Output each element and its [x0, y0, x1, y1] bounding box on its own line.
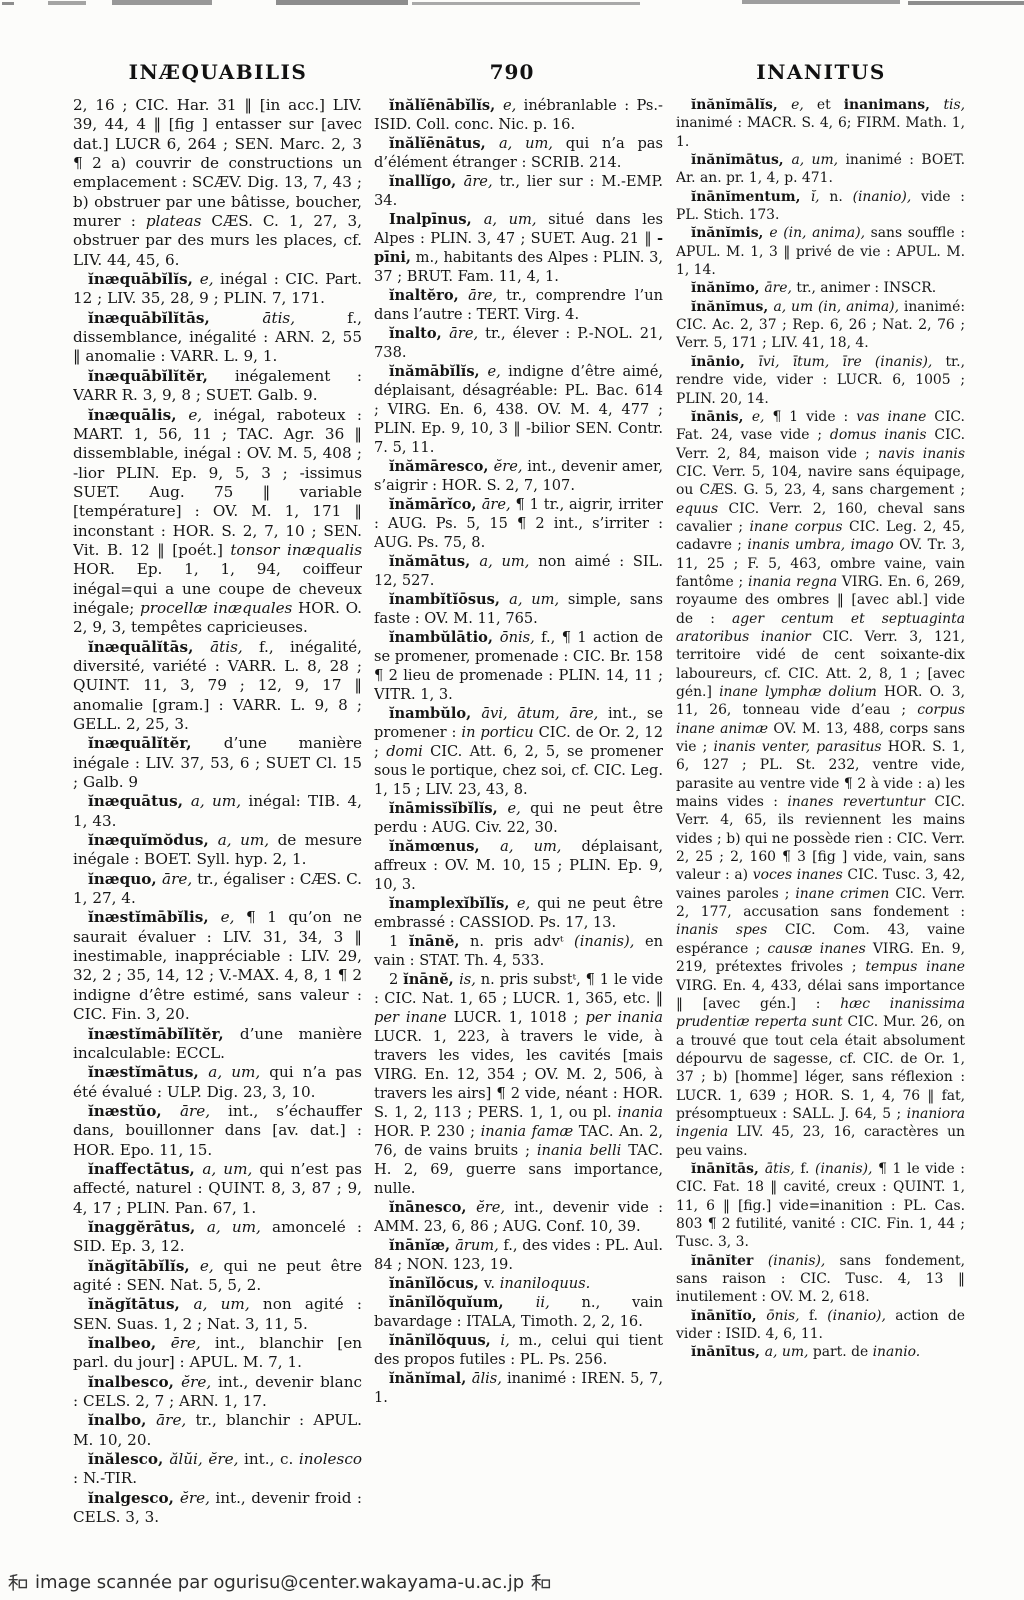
entry-text: m., habitants des Alpes : PLIN. 3, 37 ; … [374, 249, 663, 285]
entry-text: e, [508, 800, 521, 817]
headword: ĭnæstĭmābĭlĭtĕr, [88, 1025, 240, 1043]
entry-text: LUCR. 1, 1018 ; [447, 1009, 586, 1026]
headword: ĭnămāresco, [389, 458, 494, 475]
entry-text: tr., animer : INSCR. [792, 280, 936, 296]
scan-credit-text: image scannée par ogurisu@center.wakayam… [35, 1572, 524, 1593]
headword: ĭnambĭtĭōsus, [389, 591, 509, 608]
dictionary-entry: ĭnămābĭlĭs, e, indigne d’être aimé, dépl… [374, 362, 663, 457]
headword: ĭnānio, [691, 354, 758, 370]
entry-text: a, um, [509, 591, 559, 608]
entry-text: a, um, [202, 1160, 252, 1178]
dictionary-entry: ĭnæstĭmābĭlĭtĕr, d’une manière incalcula… [73, 1025, 362, 1064]
dictionary-entry: ĭnănĭmo, āre, tr., animer : INSCR. [676, 279, 965, 297]
entry-text: īvi, ītum, īre (inanis), [758, 354, 932, 370]
headword: ĭnalgesco, [88, 1489, 180, 1507]
entry-text: inane corpus [749, 519, 842, 535]
entry-text: e (in, anima), [769, 225, 865, 241]
dictionary-entry: ĭnămœnus, a, um, déplaisant, affreux : O… [374, 837, 663, 894]
page-number: 790 [437, 60, 587, 84]
dictionary-entry: ĭnambŭlātio, ōnis, f., ¶ 1 action de se … [374, 628, 663, 704]
entry-text: : N.-TIR. [73, 1469, 137, 1487]
entry-text: v. [484, 1275, 500, 1292]
entry-text: (inanis), [768, 1253, 825, 1269]
entry-text: tempus inane [865, 959, 965, 975]
headword: ĭnānĕ, [403, 971, 459, 988]
entry-text: per inania [586, 1009, 663, 1026]
entry-text: inanis spes [676, 922, 767, 938]
scan-artifact [112, 0, 212, 5]
headword: ĭnæquālĭtĕr, [88, 734, 224, 752]
entry-text: inaniloquus. [500, 1275, 591, 1292]
headword: ĭnæquo, [88, 870, 162, 888]
entry-text: is, [459, 971, 476, 988]
entry-text: inane lymphæ dolium [719, 684, 877, 700]
entry-text: inanio. [873, 1344, 921, 1360]
scan-artifact [48, 1, 86, 5]
dictionary-entry: ĭnălĭēnābĭlĭs, e, inébranlable : Ps.-ISI… [374, 96, 663, 134]
headword: ĭnānĭlŏcus, [389, 1275, 484, 1292]
dictionary-entry: ĭnānesco, ĕre, int., devenir vide : AMM.… [374, 1198, 663, 1236]
headword: ĭnămārĭco, [389, 496, 482, 513]
dictionary-entry: ĭnaltĕro, āre, tr., comprendre l’un dans… [374, 286, 663, 324]
entry-text: ōnis, [500, 629, 535, 646]
dictionary-entry: ĭnāmissĭbĭlĭs, e, qui ne peut être perdu… [374, 799, 663, 837]
headword: ĭnānītus, [691, 1344, 765, 1360]
entry-text: āre, [482, 496, 511, 513]
entry-text: inania regna [748, 574, 837, 590]
headword: ĭnaffectātus, [88, 1160, 202, 1178]
entry-text: e, [188, 406, 202, 424]
entry-text: n. pris advᵗ [459, 933, 574, 950]
entry-text: n. [820, 189, 853, 205]
dictionary-entry: ĭnānītus, a, um, part. de inanio. [676, 1343, 965, 1361]
entry-text: a, um, [500, 838, 561, 855]
dictionary-entry: ĭnalbo, āre, tr., blanchir : APUL. M. 10… [73, 1411, 362, 1450]
headword: ĭnæstŭo, [88, 1102, 180, 1120]
headword: ĭnānĭmentum, [691, 189, 811, 205]
entry-text: a, um, [484, 211, 537, 228]
dictionary-entry: Inalpīnus, a, um, situé dans les Alpes :… [374, 210, 663, 286]
entry-text: e, [221, 908, 235, 926]
entry-text: e, [503, 97, 516, 114]
headword: ĭnănĭmālĭs, [691, 97, 791, 113]
headword: ĭnānesco, [389, 1199, 476, 1216]
entry-text: et [804, 97, 844, 113]
dictionary-entry: ĭnămāresco, ĕre, int., devenir amer, s’a… [374, 457, 663, 495]
headword: ĭnănĭmus, [691, 299, 773, 315]
dictionary-entry: ĭnānĭæ, ārum, f., des vides : PL. Aul. 8… [374, 1236, 663, 1274]
dictionary-entry: ĭnănĭmālĭs, e, et inanimans, tis, inanim… [676, 96, 965, 151]
headword: ĭnalbo, [88, 1411, 156, 1429]
dictionary-entry: ĭnalbesco, ĕre, int., devenir blanc : CE… [73, 1373, 362, 1412]
headword: ĭnalbesco, [88, 1373, 181, 1391]
column-2: ĭnălĭēnābĭlĭs, e, inébranlable : Ps.-ISI… [374, 96, 663, 1552]
headword: ĭnānĭtĭo, [691, 1308, 766, 1324]
entry-text: āre, [162, 870, 192, 888]
headword: ĭnambŭlātio, [389, 629, 500, 646]
entry-text: ii, [536, 1294, 550, 1311]
headword: ĭnallĭgo, [389, 173, 464, 190]
entry-text: vas inane [856, 409, 926, 425]
headword: ĭnănĭmal, [389, 1370, 472, 1387]
entry-text: procellæ inæquales [140, 599, 292, 617]
dictionary-entry: ĭnalto, āre, tr., élever : P.-NOL. 21, 7… [374, 324, 663, 362]
entry-text: inanis venter, parasitus [713, 739, 881, 755]
headword: ĭnæquābĭlĭs, [88, 270, 200, 288]
dictionary-entry: ĭnæquābĭlĭtās, ātis, f., dissemblance, i… [73, 309, 362, 367]
entry-text: ĕre, [476, 1199, 505, 1216]
entry-text: āre, [156, 1411, 186, 1429]
headword: ĭnæquābĭlĭtās, [88, 309, 262, 327]
dictionary-entry: ĭnambŭlo, āvi, ātum, āre, int., se prome… [374, 704, 663, 799]
entry-text: domi [386, 743, 423, 760]
entry-text: tonsor inæqualis [230, 541, 362, 559]
dictionary-entry: ĭnăgĭtābĭlĭs, e, qui ne peut être agité … [73, 1257, 362, 1296]
entry-text: voces inanes [753, 867, 843, 883]
headword: ĭnæquātus, [88, 792, 191, 810]
headword: ĭnānĭter [691, 1253, 768, 1269]
scan-artifact [276, 0, 408, 5]
scan-artifact [412, 2, 640, 5]
entry-text: āre, [449, 325, 478, 342]
entry-text: e, [791, 97, 804, 113]
scan-artifact [2, 2, 14, 5]
dictionary-entry: ĭnæstŭo, āre, int., s’échauffer dans, bo… [73, 1102, 362, 1160]
entry-text: inanis umbra, imago [747, 537, 893, 553]
headword: ĭnalto, [389, 325, 449, 342]
dictionary-entry: ĭnānĭter (inanis), sans fondement, sans … [676, 1252, 965, 1307]
entry-text: inanes revertuntur [787, 794, 925, 810]
dictionary-entry: ĭnæstĭmābĭlis, e, ¶ 1 qu’on ne saurait é… [73, 908, 362, 1024]
entry-text: e, [752, 409, 765, 425]
dictionary-entry: ĭnānio, īvi, ītum, īre (inanis), tr., re… [676, 353, 965, 408]
headword: ĭnānĭtās, [691, 1161, 765, 1177]
entry-text: ¶ 1 vide : [764, 409, 856, 425]
entry-text: inégal, raboteux : MART. 1, 56, 11 ; TAC… [73, 406, 362, 559]
running-head-left: INÆQUABILIS [73, 60, 363, 84]
dictionary-entry: ĭnălĭēnātus, a, um, qui n’a pas d’élémen… [374, 134, 663, 172]
headword: ĭnambŭlo, [389, 705, 481, 722]
entry-text: a, um, [218, 831, 269, 849]
entry-text: per inane [374, 1009, 447, 1026]
entry-text: ălŭi, ĕre, [169, 1450, 238, 1468]
scan-artifact [908, 1, 1024, 5]
dictionary-entry: ĭnānĭlŏquĭum, ii, n., vain bavardage : I… [374, 1293, 663, 1331]
dictionary-entry: ĭnămātus, a, um, non aimé : SIL. 12, 527… [374, 552, 663, 590]
entry-text: e, [487, 363, 500, 380]
dictionary-entry: ĭnæquo, āre, tr., égaliser : CÆS. C. 1, … [73, 870, 362, 909]
headword: ĭnănĭmis, [691, 225, 769, 241]
dictionary-entry: ĭnæquĭmŏdus, a, um, de mesure inégale : … [73, 831, 362, 870]
headword: Inalpīnus, [389, 211, 484, 228]
dictionary-entry: ĭnānĭtās, ātis, f. (inanis), ¶ 1 le vide… [676, 1160, 965, 1252]
headword: ĭnānĭæ, [389, 1237, 455, 1254]
entry-text: CIC. Verr. 5, 104, navire sans équipage,… [676, 464, 965, 498]
headword: ĭnămābĭlĭs, [389, 363, 487, 380]
dictionary-entry: ĭnămārĭco, āre, ¶ 1 tr., aigrir, irriter… [374, 495, 663, 552]
dictionary-page-scan: INÆQUABILIS 790 INANITUS 2, 16 ; CIC. Ha… [0, 0, 1024, 1600]
headword: ĭnănĭmo, [691, 280, 764, 296]
entry-text: (inanio), [853, 189, 912, 205]
entry-text: part. de [808, 1344, 872, 1360]
scan-artifact [742, 0, 900, 4]
dictionary-entry: ĭnæquābĭlĭtĕr, inégalement : VARR R. 3, … [73, 367, 362, 406]
entry-text: a, um (in, anima), [773, 299, 899, 315]
entry-text: a, um, [208, 1063, 260, 1081]
entry-text: a, um, [499, 135, 553, 152]
entry-text: ĭ, [811, 189, 820, 205]
dictionary-entry: ĭnănĭmal, ālis, inanimé : IREN. 5, 7, 1. [374, 1369, 663, 1407]
dictionary-entry: 1 ĭnānĕ, n. pris advᵗ (inanis), en vain … [374, 932, 663, 970]
entry-text: inania famæ [481, 1123, 574, 1140]
headword: ĭnamplexĭbĭlĭs, [389, 895, 517, 912]
entry-text: e, [517, 895, 530, 912]
dictionary-entry: ĭnæquālis, e, inégal, raboteux : MART. 1… [73, 406, 362, 638]
entry-text: inolesco [299, 1450, 362, 1468]
dictionary-entry: ĭnæstĭmātus, a, um, qui n’a pas été éval… [73, 1063, 362, 1102]
entry-continuation: 2, 16 ; CIC. Har. 31 ‖ [in acc.] LIV. 39… [73, 96, 362, 270]
entry-text: ēre, [171, 1334, 201, 1352]
headword: ĭnānĭlŏquus, [389, 1332, 500, 1349]
entry-text: a, um, [791, 152, 838, 168]
entry-text: navis inanis [878, 446, 965, 462]
entry-text: āvi, ātum, āre, [481, 705, 598, 722]
scan-credit: image scannée par ogurisu@center.wakayam… [8, 1572, 551, 1593]
entry-text: 1 [389, 933, 409, 950]
entry-text: ātis, [262, 309, 295, 327]
entry-text: ĕre, [180, 1489, 210, 1507]
entry-text: āre, [468, 287, 497, 304]
headword: ĭnaggĕrātus, [88, 1218, 207, 1236]
headword: ĭnānĭlŏquĭum, [389, 1294, 536, 1311]
dictionary-entry: ĭnăgĭtātus, a, um, non agité : SEN. Suas… [73, 1295, 362, 1334]
entry-text: f. [795, 1161, 815, 1177]
headword: ĭnăgĭtābĭlĭs, [88, 1257, 200, 1275]
entry-text: 2 [389, 971, 403, 988]
entry-text: (inanio), [827, 1308, 886, 1324]
entry-text: e, [200, 270, 214, 288]
entry-text: (inanis), [815, 1161, 872, 1177]
headword: ĭnalbeo, [88, 1334, 171, 1352]
dictionary-entry: ĭnambĭtĭōsus, a, um, simple, sans faste … [374, 590, 663, 628]
headword: ĭnæstĭmābĭlis, [88, 908, 221, 926]
entry-text: inania [617, 1104, 663, 1121]
entry-text: ōnis, [766, 1308, 799, 1324]
entry-text: āre, [764, 280, 792, 296]
entry-text: e, [200, 1257, 214, 1275]
headword: ĭnānĕ, [409, 933, 460, 950]
headword: ĭnăgĭtātus, [88, 1295, 194, 1313]
headword: ĭnănĭmātus, [691, 152, 791, 168]
headword: ĭnălesco, [88, 1450, 169, 1468]
entry-text: causæ inanes [767, 941, 865, 957]
headword: ĭnæstĭmātus, [88, 1063, 208, 1081]
dictionary-entry: ĭnălesco, ălŭi, ĕre, int., c. inolesco :… [73, 1450, 362, 1489]
entry-text: (inanis), [574, 933, 634, 950]
entry-text: āre, [180, 1102, 210, 1120]
dictionary-entry: ĭnānĭmentum, ĭ, n. (inanio), vide : PL. … [676, 188, 965, 225]
dictionary-entry: ĭnalbeo, ēre, int., blanchir [en parl. d… [73, 1334, 362, 1373]
entry-text: ĕre, [494, 458, 523, 475]
dictionary-entry: ĭnānĭlŏcus, v. inaniloquus. [374, 1274, 663, 1293]
entry-text: a, um, [194, 1295, 250, 1313]
entry-text: HOR. P. 230 ; [374, 1123, 481, 1140]
headword: ĭnānis, [691, 409, 752, 425]
entry-text: a, um, [765, 1344, 809, 1360]
entry-text: a, um, [191, 792, 241, 810]
entry-text: in porticu [461, 724, 533, 741]
entry-text: ātis, [210, 638, 243, 656]
headword: ĭnāmissĭbĭlĭs, [389, 800, 508, 817]
dictionary-entry: ĭnānĭlŏquus, i, m., celui qui tient des … [374, 1331, 663, 1369]
dictionary-entry: ĭnæquābĭlĭs, e, inégal : CIC. Part. 12 ;… [73, 270, 362, 309]
dictionary-entry: ĭnānĭtĭo, ōnis, f. (inanio), action de v… [676, 1307, 965, 1344]
headword: ĭnæquālis, [88, 406, 188, 424]
headword: ĭnæquĭmŏdus, [88, 831, 218, 849]
dictionary-entry: ĭnānis, e, ¶ 1 vide : vas inane CIC. Fat… [676, 408, 965, 1160]
dictionary-entry: ĭnallĭgo, āre, tr., lier sur : M.-EMP. 3… [374, 172, 663, 210]
dictionary-entry: ĭnamplexĭbĭlĭs, e, qui ne peut être embr… [374, 894, 663, 932]
dictionary-entry: ĭnănĭmis, e (in, anima), sans souffle : … [676, 224, 965, 279]
headword: ĭnæquālĭtās, [88, 638, 210, 656]
column-1: 2, 16 ; CIC. Har. 31 ‖ [in acc.] LIV. 39… [73, 96, 362, 1552]
entry-text: i, [500, 1332, 509, 1349]
entry-text: a, um, [207, 1218, 261, 1236]
headword: ĭnălĭēnābĭlĭs, [389, 97, 503, 114]
dictionary-entry: ĭnalgesco, ĕre, int., devenir froid : CE… [73, 1489, 362, 1528]
running-head-right: INANITUS [676, 60, 966, 84]
dictionary-entry: ĭnaffectātus, a, um, qui n’est pas affec… [73, 1160, 362, 1218]
entry-text: inane crimen [795, 886, 889, 902]
entry-text: int., c. [238, 1450, 299, 1468]
entry-text: domus inanis [830, 427, 927, 443]
entry-text: 2, 16 ; CIC. Har. 31 ‖ [in acc.] LIV. 39… [73, 96, 362, 230]
entry-text: equus [676, 501, 718, 517]
entry-text: a, um, [479, 553, 529, 570]
entry-text: āre, [464, 173, 493, 190]
entry-text: inanimé : MACR. S. 4, 6; FIRM. Math. 1, … [676, 115, 965, 149]
entry-text: ĕre, [181, 1373, 211, 1391]
entry-text: f. [800, 1308, 828, 1324]
wa-kanji-icon [8, 1573, 28, 1593]
headword: ĭnămātus, [389, 553, 479, 570]
headword: ĭnaltĕro, [389, 287, 468, 304]
dictionary-entry: ĭnæquātus, a, um, inégal: TIB. 4, 1, 43. [73, 792, 362, 831]
entry-text: tis, [943, 97, 965, 113]
dictionary-entry: ĭnæquālĭtās, ātis, f., inégalité, divers… [73, 638, 362, 735]
dictionary-entry: ĭnæquālĭtĕr, d’une manière inégale : LIV… [73, 734, 362, 792]
dictionary-entry: 2 ĭnānĕ, is, n. pris substᵗ, ¶ 1 le vide… [374, 970, 663, 1198]
headword: ĭnămœnus, [389, 838, 500, 855]
dictionary-entry: ĭnaggĕrātus, a, um, amoncelé : SID. Ep. … [73, 1218, 362, 1257]
dictionary-entry: ĭnănĭmātus, a, um, inanimé : BOET. Ar. a… [676, 151, 965, 188]
dictionary-entry: ĭnănĭmus, a, um (in, anima), inanimé: CI… [676, 298, 965, 353]
entry-text: ālis, [472, 1370, 502, 1387]
wa-kanji-icon [531, 1573, 551, 1593]
entry-text: ārum, [455, 1237, 499, 1254]
entry-text: plateas [146, 212, 202, 230]
column-3: ĭnănĭmālĭs, e, et inanimans, tis, inanim… [676, 96, 965, 1552]
headword: inanimans, [844, 97, 944, 113]
headword: ĭnălĭēnātus, [389, 135, 499, 152]
entry-text: inania belli [537, 1142, 621, 1159]
headword: ĭnæquābĭlĭtĕr, [88, 367, 235, 385]
entry-text: ātis, [765, 1161, 795, 1177]
